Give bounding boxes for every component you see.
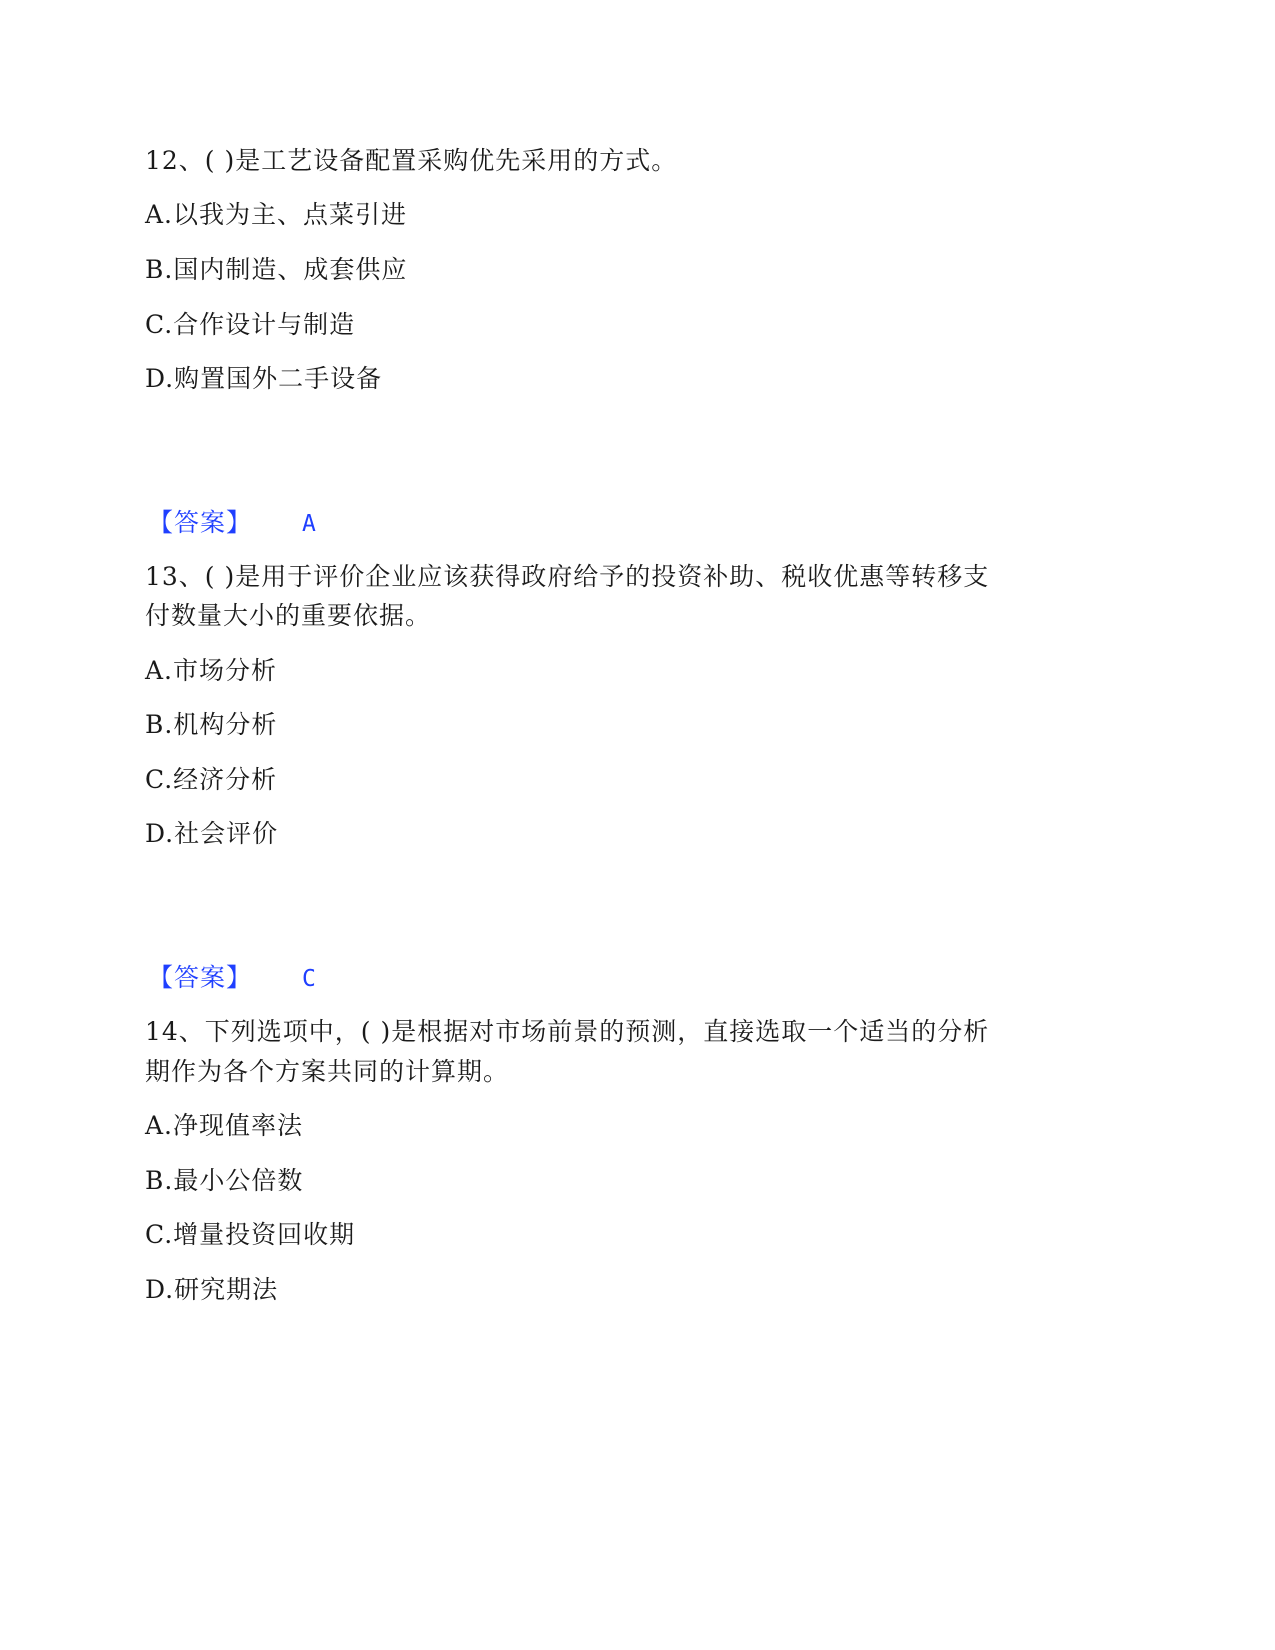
question-14-option-d: D.研究期法 bbox=[145, 1274, 278, 1306]
question-13-stem-line-1: 13、( )是用于评价企业应该获得政府给予的投资补助、税收优惠等转移支 bbox=[145, 561, 989, 593]
answer-value: A bbox=[302, 508, 316, 540]
question-12-option-d: D.购置国外二手设备 bbox=[145, 363, 382, 395]
answer-value: C bbox=[302, 963, 316, 995]
question-14-stem-line-1: 14、下列选项中，( )是根据对市场前景的预测，直接选取一个适当的分析 bbox=[145, 1016, 989, 1048]
answer-label: 【答案】 bbox=[148, 962, 252, 994]
question-13-option-b: B.机构分析 bbox=[145, 709, 277, 741]
question-13-option-d: D.社会评价 bbox=[145, 818, 278, 850]
question-12-option-b: B.国内制造、成套供应 bbox=[145, 254, 407, 286]
question-13-option-c: C.经济分析 bbox=[145, 764, 277, 796]
document-page: 12、( )是工艺设备配置采购优先采用的方式。 A.以我为主、点菜引进 B.国内… bbox=[0, 0, 1275, 1650]
question-14-stem-line-2: 期作为各个方案共同的计算期。 bbox=[145, 1056, 509, 1088]
question-13-stem-line-2: 付数量大小的重要依据。 bbox=[145, 600, 431, 632]
answer-label: 【答案】 bbox=[148, 507, 252, 539]
question-12-option-c: C.合作设计与制造 bbox=[145, 309, 355, 341]
question-12-answer: 【答案】A bbox=[148, 507, 316, 540]
question-14-option-b: B.最小公倍数 bbox=[145, 1165, 303, 1197]
question-12-option-a: A.以我为主、点菜引进 bbox=[145, 199, 407, 231]
question-13-answer: 【答案】C bbox=[148, 962, 316, 995]
question-14-option-a: A.净现值率法 bbox=[145, 1110, 303, 1142]
question-14-option-c: C.增量投资回收期 bbox=[145, 1219, 355, 1251]
question-12-stem: 12、( )是工艺设备配置采购优先采用的方式。 bbox=[145, 145, 677, 177]
question-13-option-a: A.市场分析 bbox=[145, 655, 277, 687]
